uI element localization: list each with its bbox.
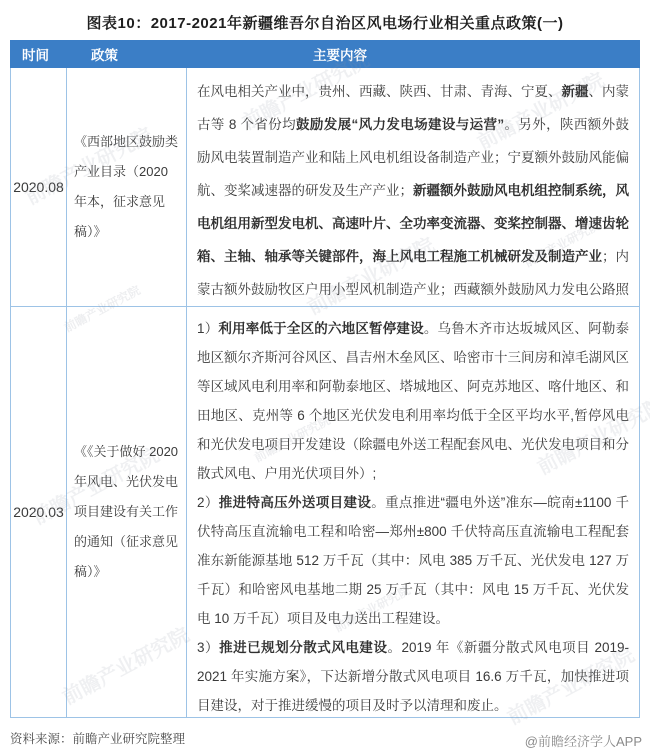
bold-text-run: 推进已规划分散式风电建设	[219, 640, 387, 655]
bold-text-run: 鼓励发展“风力发电场建设与运营”	[296, 117, 504, 132]
text-run: 。重点推进“疆电外送”准东—皖南±1100 千伏特高压直流输电工程和哈密—郑州±…	[197, 495, 629, 626]
content-paragraph: 2）推进特高压外送项目建设。重点推进“疆电外送”准东—皖南±1100 千伏特高压…	[197, 488, 629, 633]
text-run: 。乌鲁木齐市达坂城风区、阿勒泰地区额尔齐斯河谷风区、昌吉州木垒风区、哈密市十三间…	[197, 321, 629, 481]
column-header-time: 时间	[10, 44, 67, 64]
credit-note: @前瞻经济学人APP	[525, 731, 642, 750]
source-note: 资料来源：前瞻产业研究院整理	[10, 729, 185, 747]
table-row: 2020.08《西部地区鼓励类产业目录（2020 年本，征求意见稿）》在风电相关…	[11, 68, 639, 307]
policy-cell: 《《关于做好 2020 年风电、光伏发电项目建设有关工作的通知（征求意见稿）》	[67, 307, 187, 717]
time-cell: 2020.03	[11, 307, 67, 717]
content-cell: 在风电相关产业中，贵州、西藏、陕西、甘肃、青海、宁夏、新疆、内蒙古等 8 个省份…	[187, 68, 639, 306]
policy-table: 时间 政策 主要内容 2020.08《西部地区鼓励类产业目录（2020 年本，征…	[10, 40, 640, 718]
policy-title: 《《关于做好 2020 年风电、光伏发电项目建设有关工作的通知（征求意见稿）》	[74, 437, 179, 587]
policy-cell: 《西部地区鼓励类产业目录（2020 年本，征求意见稿）》	[67, 68, 187, 306]
text-run: 在风电相关产业中，贵州、西藏、陕西、甘肃、青海、宁夏、	[197, 84, 562, 99]
page-title: 图表10：2017-2021年新疆维吾尔自治区风电场行业相关重点政策(一)	[0, 12, 650, 33]
content-cell: 1）利用率低于全区的六地区暂停建设。乌鲁木齐市达坂城风区、阿勒泰地区额尔齐斯河谷…	[187, 307, 639, 717]
bold-text-run: 新疆	[562, 84, 589, 99]
column-header-content: 主要内容	[187, 44, 640, 64]
content-paragraph: 1）利用率低于全区的六地区暂停建设。乌鲁木齐市达坂城风区、阿勒泰地区额尔齐斯河谷…	[197, 314, 629, 488]
bold-text-run: 推进特高压外送项目建设	[219, 495, 371, 510]
content-paragraph: 3）推进已规划分散式风电建设。2019 年《新疆分散式风电项目 2019-202…	[197, 633, 629, 717]
text-run: 3）	[197, 640, 219, 655]
report-figure-page: 图表10：2017-2021年新疆维吾尔自治区风电场行业相关重点政策(一) 时间…	[0, 0, 650, 754]
table-body: 2020.08《西部地区鼓励类产业目录（2020 年本，征求意见稿）》在风电相关…	[11, 68, 639, 718]
policy-title: 《西部地区鼓励类产业目录（2020 年本，征求意见稿）》	[74, 127, 179, 247]
text-run: 2）	[197, 495, 219, 510]
table-header-row: 时间 政策 主要内容	[10, 40, 640, 68]
column-header-policy: 政策	[67, 44, 187, 64]
time-cell: 2020.08	[11, 68, 67, 306]
table-row: 2020.03《《关于做好 2020 年风电、光伏发电项目建设有关工作的通知（征…	[11, 307, 639, 718]
text-run: 1）	[197, 321, 218, 336]
content-paragraph: 在风电相关产业中，贵州、西藏、陕西、甘肃、青海、宁夏、新疆、内蒙古等 8 个省份…	[197, 75, 629, 306]
bold-text-run: 利用率低于全区的六地区暂停建设	[218, 321, 423, 336]
